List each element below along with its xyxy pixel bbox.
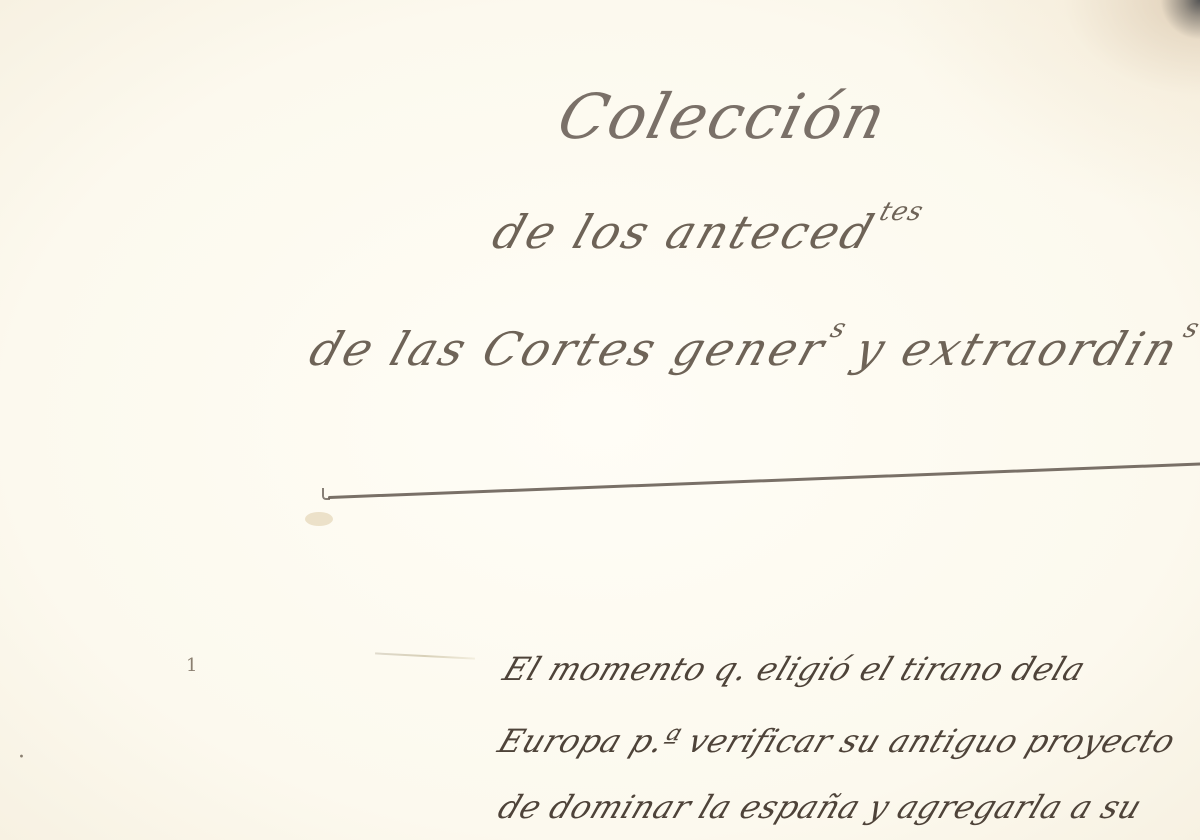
heading-line-2-text: de los anteced xyxy=(486,205,883,259)
heading-line-3-part2: y extraordin xyxy=(831,322,1187,376)
heading-line-3-part1: de las Cortes gener xyxy=(303,322,834,376)
margin-mark-1: 1 xyxy=(186,655,197,676)
page-corner-shadow xyxy=(1160,0,1200,40)
heading-title: Colección xyxy=(551,80,895,153)
body-line-1: El momento q. eligió el tirano dela xyxy=(498,650,1091,688)
paper-stain xyxy=(305,512,333,526)
heading-line-3: de las Cortes geners y extraordins xyxy=(303,322,1200,376)
heading-line-2: de los antecedtes xyxy=(486,205,925,259)
body-line-3: de dominar la españa y agregarla a su xyxy=(493,788,1147,826)
margin-mark-2: · xyxy=(18,745,25,770)
body-line-2: Europa p.ª verificar su antiguo proyecto xyxy=(493,722,1181,760)
